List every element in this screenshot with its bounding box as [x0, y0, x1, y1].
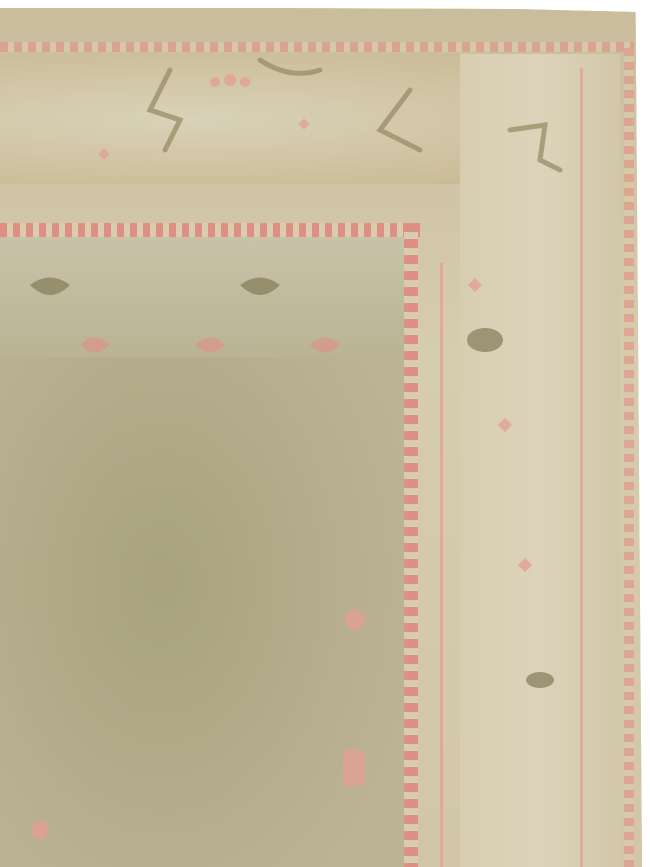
rug-motifs: [0, 0, 650, 867]
s-motif: [150, 70, 180, 150]
rug-photo: [0, 0, 650, 867]
